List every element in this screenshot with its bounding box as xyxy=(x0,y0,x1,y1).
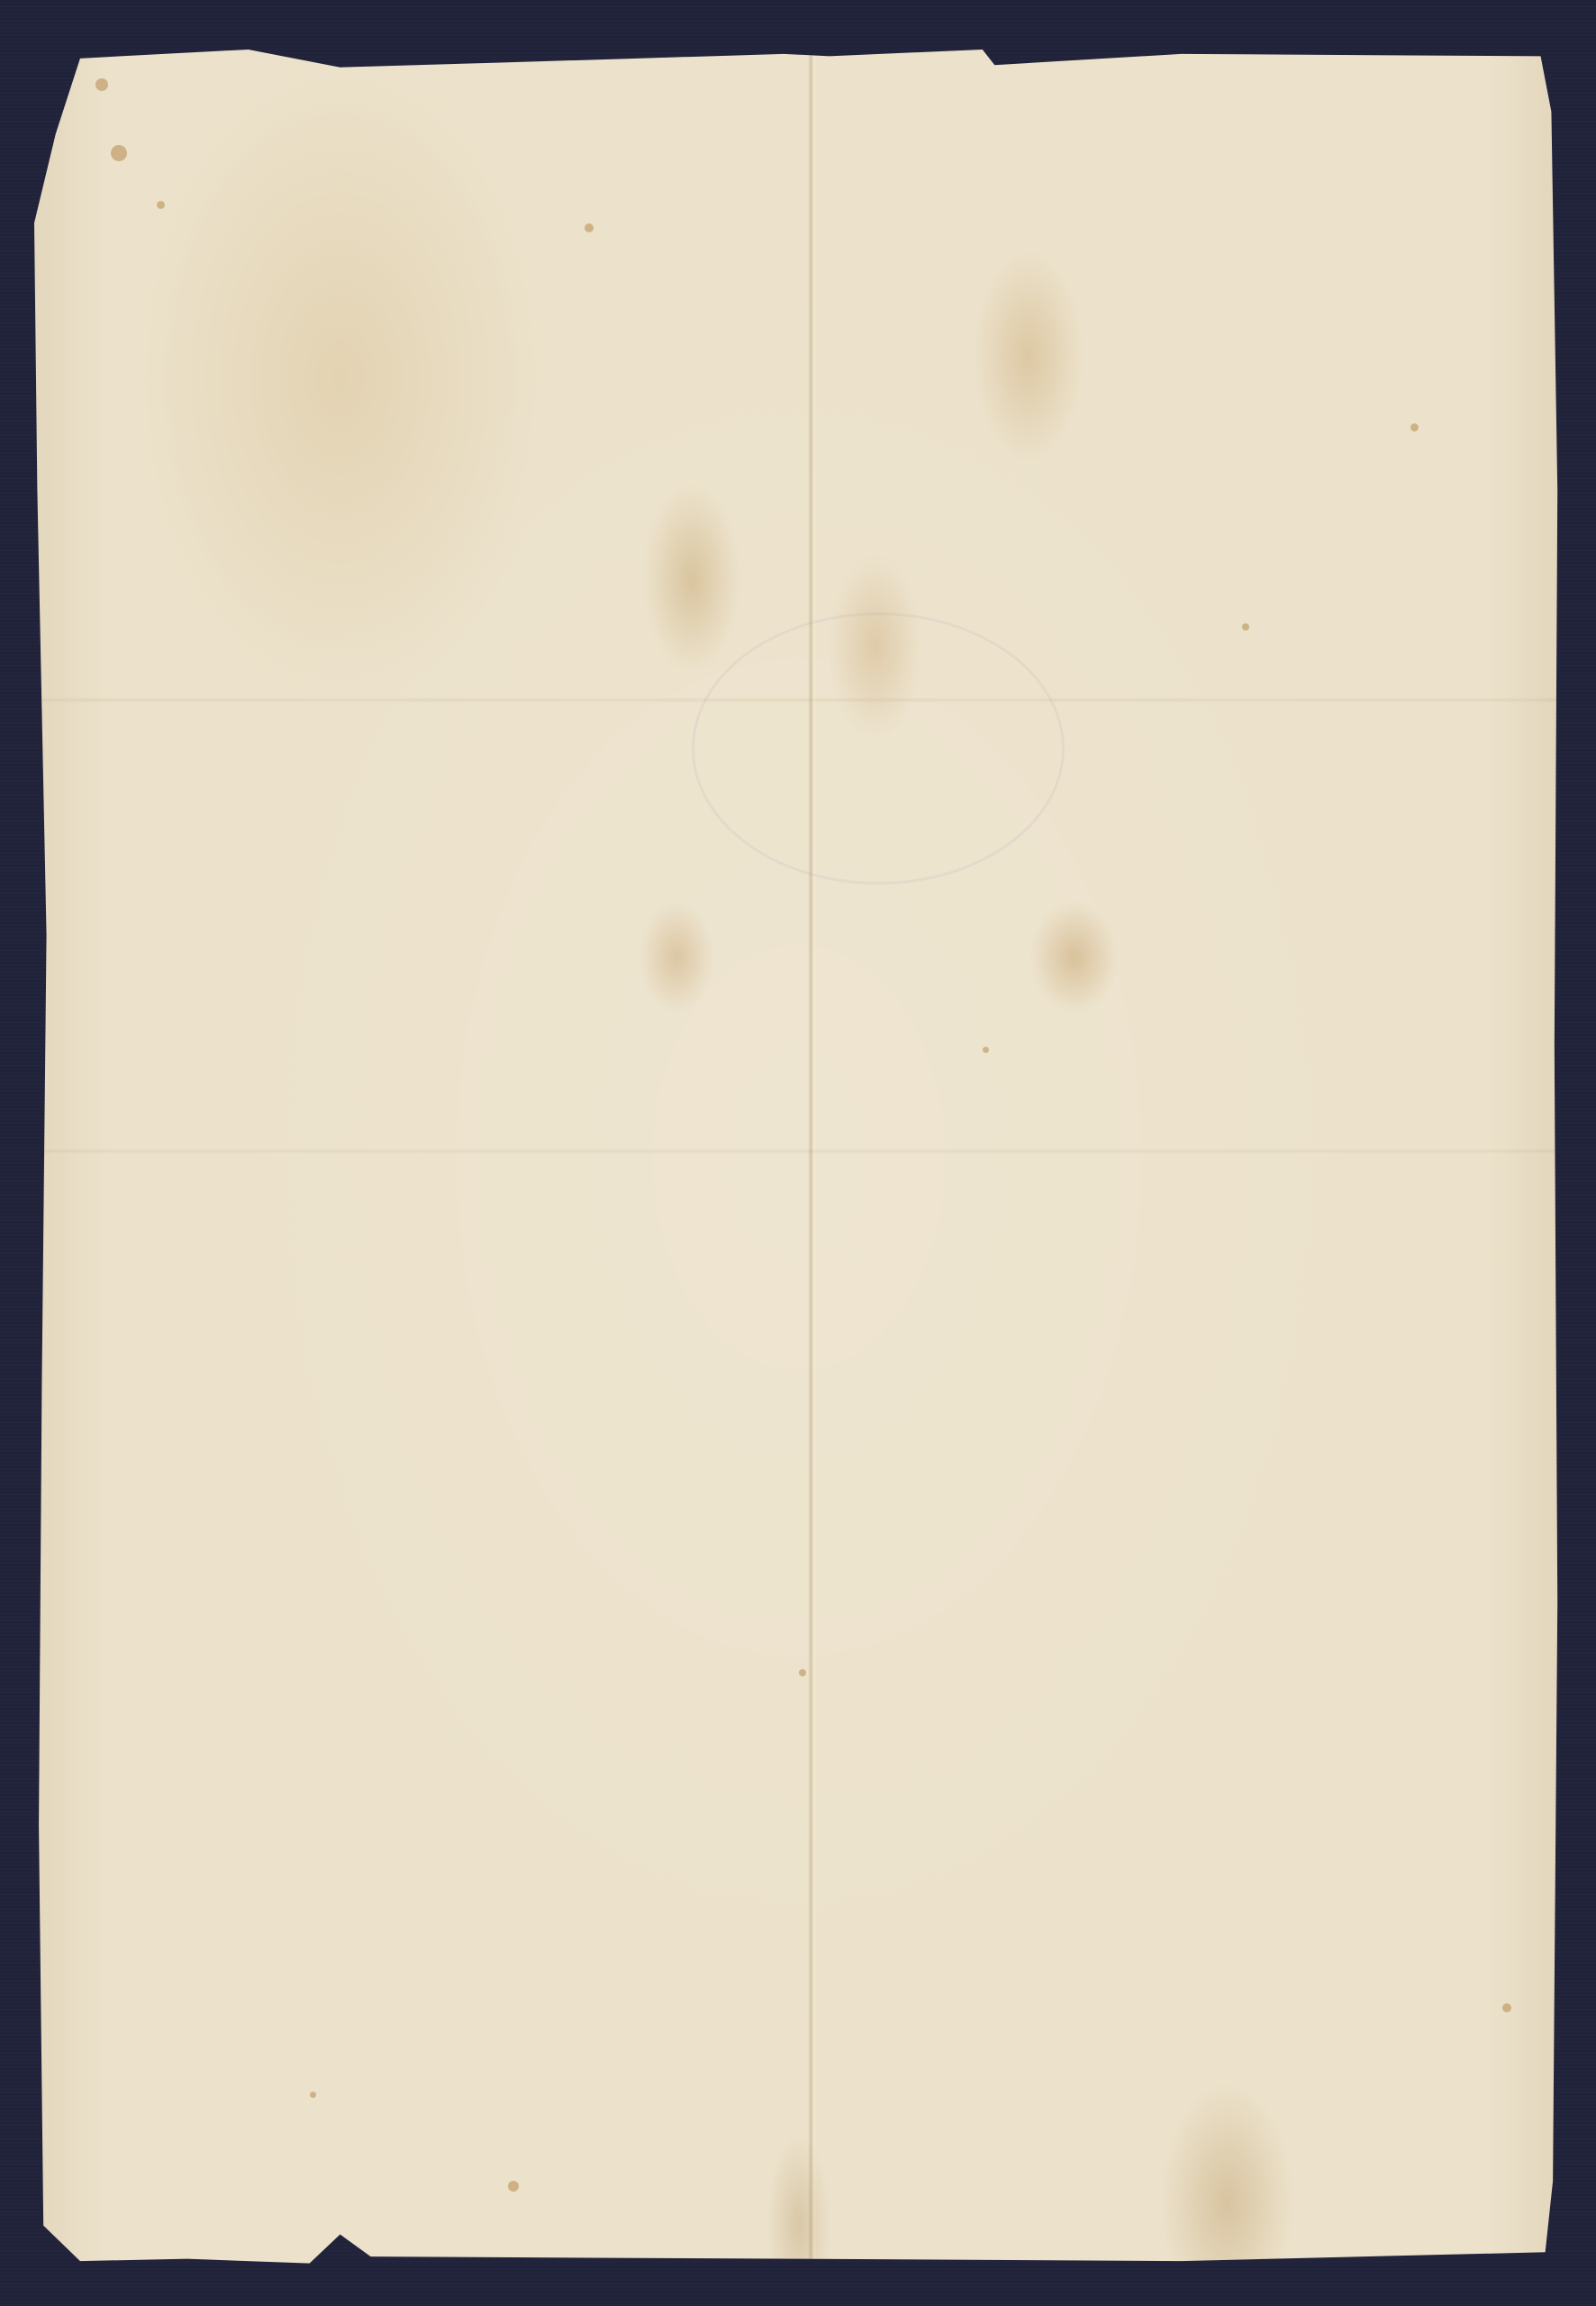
horizontal-fold-crease-lower xyxy=(34,1148,1564,1154)
document-sheet xyxy=(34,45,1564,2270)
stain-spot xyxy=(95,78,108,91)
stain-spot xyxy=(111,145,127,161)
vertical-fold-crease xyxy=(808,45,817,2270)
bleed-through-seal xyxy=(692,613,1065,885)
stain-spot xyxy=(585,223,594,232)
stain-spot xyxy=(157,201,165,209)
stain-spot xyxy=(983,1047,989,1053)
stain-spot xyxy=(1502,2003,1511,2012)
foxing-stains xyxy=(34,45,1564,2270)
